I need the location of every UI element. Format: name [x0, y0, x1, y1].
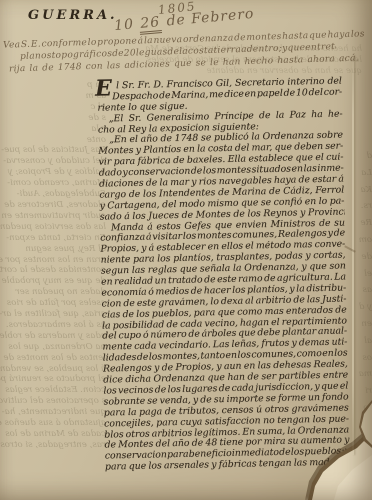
bleedthrough-line: del cuidado y conserva-: [3, 156, 106, 167]
bleedthrough-line: ientos de los montes de: [3, 353, 106, 364]
vertical-crease: [352, 55, 354, 455]
bleedthrough-line: al Rey, pues segun: [25, 244, 106, 255]
drop-cap: E: [95, 77, 112, 99]
bleedthrough-line: de: [361, 249, 372, 266]
bleedthrough-line: ri: [365, 383, 372, 400]
bleedthrough-line: que indirectamente, ha-: [2, 407, 106, 418]
bleedthrough-line: La: [361, 165, 372, 182]
printed-text-block: E lSr.Fr.D.FranciscoGil,Secretariointeri…: [97, 76, 350, 473]
bleedthrough-line: Ka: [360, 182, 372, 199]
bleedthrough-line: aseles por falta de rios: [7, 298, 106, 309]
bleedthrough-line: Subdelegados, Audi-: [17, 189, 106, 200]
bleedthrough-line: s operaciones del cultivo: [0, 396, 106, 407]
bleedthrough-line: to: [363, 400, 372, 417]
bleedthrough-line: las dos servicios puedan: [0, 222, 106, 233]
bleedthrough-line: contenidas desde la corta: [0, 265, 106, 276]
bleedthrough-line: om: [359, 232, 372, 249]
bleedthrough-line: os: [362, 350, 372, 367]
bleedthrough-line: ras, entregadas, si otros: [0, 440, 106, 451]
bleedthrough-line: arias, que faciliten el ar-: [0, 309, 106, 320]
bleedthrough-line: al: [364, 333, 372, 350]
bleedthrough-right-margin: dLaKars.Reomdeelasy denalosmaritosead: [347, 148, 372, 450]
bleedthrough-line: as á los embarcaderos.: [6, 320, 106, 331]
bleedthrough-line: Re: [360, 215, 372, 232]
bleedthrough-line: ccion. Establece reglas: [5, 385, 106, 396]
bleedthrough-line: eran en los montes por el: [0, 255, 106, 266]
bleedthrough-left-margin: en pas mel cs der laonteLas Justicias de…: [0, 80, 106, 451]
bleedthrough-line: cadas de Marina de los: [5, 429, 106, 440]
bleedthrough-line: dades no puedan ser: [16, 287, 106, 298]
printed-lines: lSr.Fr.D.FranciscoGil,Secretariointerino…: [97, 76, 350, 473]
bleedthrough-line: En cierta, tanta expan-: [6, 233, 106, 244]
bleedthrough-line: ma: [359, 366, 372, 383]
bleedthrough-line: cudir privativamente en: [1, 211, 106, 222]
bleedthrough-line: Las Justicias de los pue-: [1, 145, 106, 156]
bleedthrough-line: el: [364, 266, 372, 283]
bleedthrough-line: el producto se reunirá por: [0, 374, 106, 385]
bleedthrough-line: adas y maderas de roble: [0, 331, 106, 342]
bleedthrough-line: Marina, creando comi-: [7, 178, 106, 189]
bleedthrough-line: ad: [361, 434, 372, 451]
bleedthrough-line: en: [361, 316, 372, 333]
bleedthrough-line: y d: [359, 299, 372, 316]
bleedthrough-line: na Ordenanza, que los: [8, 342, 106, 353]
handwritten-marginalia: VeaS.E.conformeloproponeálanuevaordenanz…: [0, 0, 372, 80]
bleedthrough-line: eladores, Directores de: [4, 200, 106, 211]
small-crease: [344, 245, 356, 252]
bleedthrough-line: baldíos y de Propios; y: [8, 167, 106, 178]
bleedthrough-line: ajustando á sus dueños el: [0, 418, 106, 429]
bleedthrough-line: de que es muy probable: [2, 276, 106, 287]
bleedthrough-line: se: [363, 417, 372, 434]
bleedthrough-line: á los pueblos, se vendan: [0, 364, 106, 375]
bleedthrough-line: d: [366, 148, 372, 165]
bleedthrough-line: rs.: [361, 198, 372, 215]
document-page: ha hecho con mucho cuidado de las Cortes…: [0, 0, 372, 500]
bleedthrough-line: as: [362, 282, 372, 299]
